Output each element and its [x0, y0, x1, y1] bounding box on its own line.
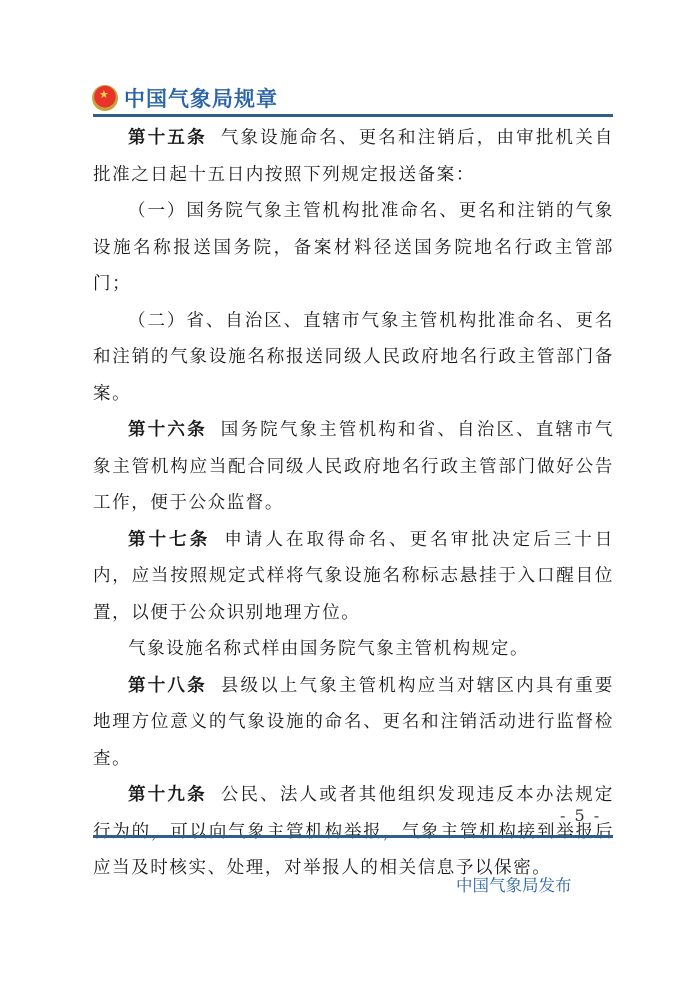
- paragraph-text: 气象设施名称式样由国务院气象主管机构规定。: [128, 639, 529, 659]
- page-number: - 5 -: [560, 806, 601, 825]
- paragraph-article-15: 第十五条气象设施命名、更名和注销后，由审批机关自批准之日起十五日内按照下列规定报…: [93, 120, 614, 193]
- paragraph-article-18: 第十八条县级以上气象主管机构应当对辖区内具有重要地理方位意义的气象设施的命名、更…: [93, 668, 614, 778]
- article-label: 第十七条: [128, 530, 210, 550]
- article-label: 第十六条: [128, 420, 207, 440]
- paragraph-article-17: 第十七条申请人在取得命名、更名审批决定后三十日内，应当按照规定式样将气象设施名称…: [93, 522, 614, 632]
- document-header: 中国气象局规章: [92, 82, 278, 114]
- article-label: 第十九条: [128, 785, 207, 805]
- header-title: 中国气象局规章: [124, 83, 278, 113]
- paragraph-text: （二）省、自治区、直辖市气象主管机构批准命名、更名和注销的气象设施名称报送同级人…: [93, 311, 614, 404]
- paragraph-style-note: 气象设施名称式样由国务院气象主管机构规定。: [93, 631, 614, 668]
- paragraph-item-1: （一）国务院气象主管机构批准命名、更名和注销的气象设施名称报送国务院，备案材料径…: [93, 193, 614, 303]
- paragraph-article-19: 第十九条公民、法人或者其他组织发现违反本办法规定行为的，可以向气象主管机构举报，…: [93, 777, 614, 887]
- paragraph-item-2: （二）省、自治区、直辖市气象主管机构批准命名、更名和注销的气象设施名称报送同级人…: [93, 303, 614, 413]
- paragraph-text: （一）国务院气象主管机构批准命名、更名和注销的气象设施名称报送国务院，备案材料径…: [93, 201, 614, 294]
- document-body: 第十五条气象设施命名、更名和注销后，由审批机关自批准之日起十五日内按照下列规定报…: [93, 120, 614, 887]
- publisher-label: 中国气象局发布: [456, 872, 572, 896]
- paragraph-article-16: 第十六条国务院气象主管机构和省、自治区、直辖市气象主管机构应当配合同级人民政府地…: [93, 412, 614, 522]
- footer-divider: [93, 835, 613, 838]
- article-label: 第十八条: [128, 676, 207, 696]
- national-emblem-icon: [92, 85, 118, 111]
- article-label: 第十五条: [128, 128, 207, 148]
- header-divider: [93, 114, 613, 117]
